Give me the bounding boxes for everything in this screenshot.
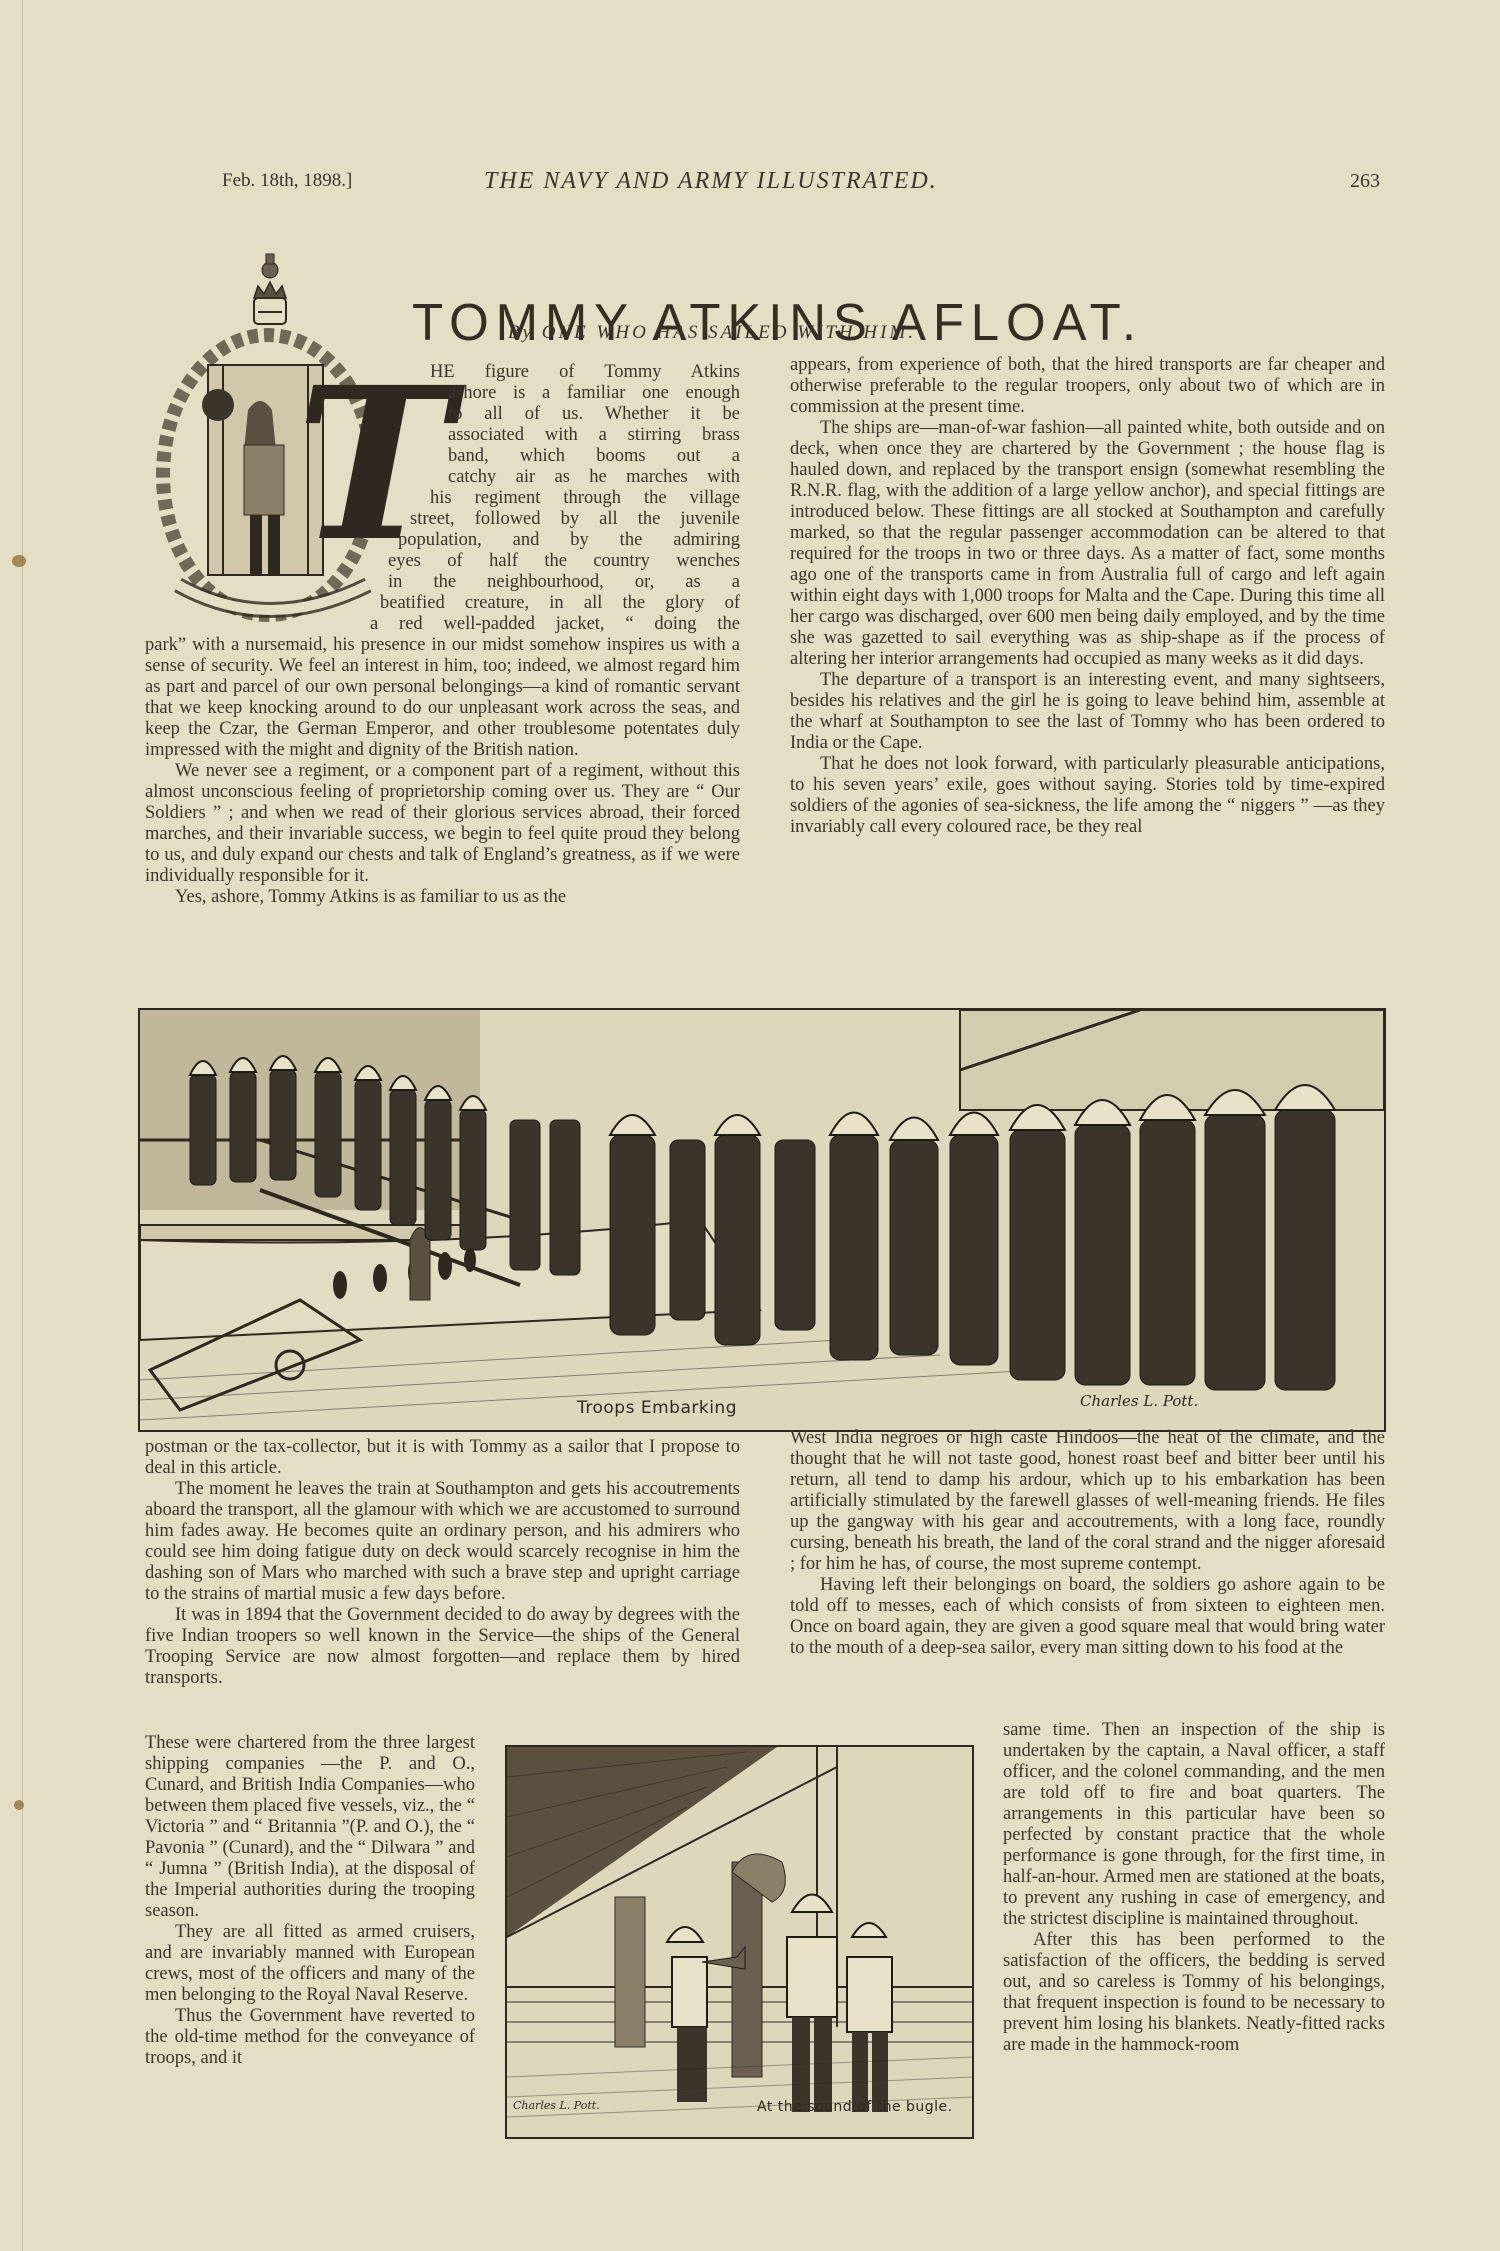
- issue-date: Feb. 18th, 1898.]: [222, 170, 352, 192]
- text-line: population, and by the admiring: [398, 530, 740, 551]
- royal-crest-icon: [248, 250, 292, 330]
- column-left-top: park” with a nursemaid, his presence in …: [145, 635, 740, 908]
- paragraph: appears, from experience of both, that t…: [790, 355, 1385, 418]
- magazine-title: THE NAVY AND ARMY ILLUSTRATED.: [484, 168, 938, 195]
- paragraph: Thus the Government have reverted to the…: [145, 2006, 475, 2069]
- column-left-narrow: These were chartered from the three larg…: [145, 1733, 475, 2069]
- paper-stain: [14, 1800, 24, 1810]
- text-line: his regiment through the village: [430, 488, 740, 509]
- artist-signature: Charles L. Pott.: [1080, 1392, 1198, 1410]
- article-byline: By ONE WHO HAS SAILED WITH HIM.: [508, 322, 916, 344]
- text-line: eyes of half the country wenches: [388, 551, 740, 572]
- paragraph: That he does not look forward, with part…: [790, 754, 1385, 838]
- paragraph: The moment he leaves the train at Southa…: [145, 1479, 740, 1605]
- paragraph: Yes, ashore, Tommy Atkins is as familiar…: [145, 887, 740, 908]
- artist-signature: Charles L. Pott.: [513, 2099, 600, 2112]
- text-line: street, followed by all the juvenile: [410, 509, 740, 530]
- text-line: a red well-padded jacket, “ doing the: [370, 614, 740, 635]
- figure-caption: At the sound of the bugle.: [757, 2099, 953, 2115]
- paragraph: West India negroes or high caste Hindoos…: [790, 1428, 1385, 1575]
- paragraph: The departure of a transport is an inter…: [790, 670, 1385, 754]
- bugler-on-deck-drawing-icon: [507, 1747, 972, 2137]
- page-number: 263: [1350, 170, 1380, 193]
- paragraph: We never see a regiment, or a component …: [145, 761, 740, 887]
- paragraph: Having left their belongings on board, t…: [790, 1575, 1385, 1659]
- paragraph: It was in 1894 that the Government decid…: [145, 1605, 740, 1689]
- illustration-troops-embarking: Troops Embarking Charles L. Pott.: [138, 1008, 1386, 1432]
- text-line: ashore is a familiar one enough: [448, 383, 740, 404]
- paragraph: same time. Then an inspection of the shi…: [1003, 1720, 1385, 1930]
- dropcap-wrap-lines: HE figure of Tommy Atkins ashore is a fa…: [300, 362, 740, 635]
- text-line: band, which booms out a: [448, 446, 740, 467]
- text-line: associated with a stirring brass: [448, 425, 740, 446]
- paragraph: They are all fitted as armed cruisers, a…: [145, 1922, 475, 2006]
- figure-caption: Troops Embarking: [577, 1398, 737, 1418]
- column-right-bottom: West India negroes or high caste Hindoos…: [790, 1428, 1385, 1659]
- text-line: beatified creature, in all the glory of: [380, 593, 740, 614]
- page-binding-edge: [22, 0, 23, 2251]
- paragraph: park” with a nursemaid, his presence in …: [145, 635, 740, 761]
- paragraph: postman or the tax-collector, but it is …: [145, 1437, 740, 1479]
- illustration-bugle: At the sound of the bugle. Charles L. Po…: [505, 1745, 974, 2139]
- paragraph: The ships are—man-of-war fashion—all pai…: [790, 418, 1385, 670]
- paragraph: These were chartered from the three larg…: [145, 1733, 475, 1922]
- text-line: catchy air as he marches with: [448, 467, 740, 488]
- text-line: HE figure of Tommy Atkins: [430, 362, 740, 383]
- running-head: Feb. 18th, 1898.] THE NAVY AND ARMY ILLU…: [222, 170, 1392, 200]
- column-right-narrow: same time. Then an inspection of the shi…: [1003, 1720, 1385, 2056]
- text-line: to all of us. Whether it be: [448, 404, 740, 425]
- paragraph: After this has been performed to the sat…: [1003, 1930, 1385, 2056]
- column-left-bottom: postman or the tax-collector, but it is …: [145, 1437, 740, 1689]
- troops-embarking-drawing-icon: [140, 1010, 1384, 1430]
- paper-stain: [12, 555, 26, 567]
- text-line: in the neighbourhood, or, as a: [388, 572, 740, 593]
- column-right-top: appears, from experience of both, that t…: [790, 355, 1385, 838]
